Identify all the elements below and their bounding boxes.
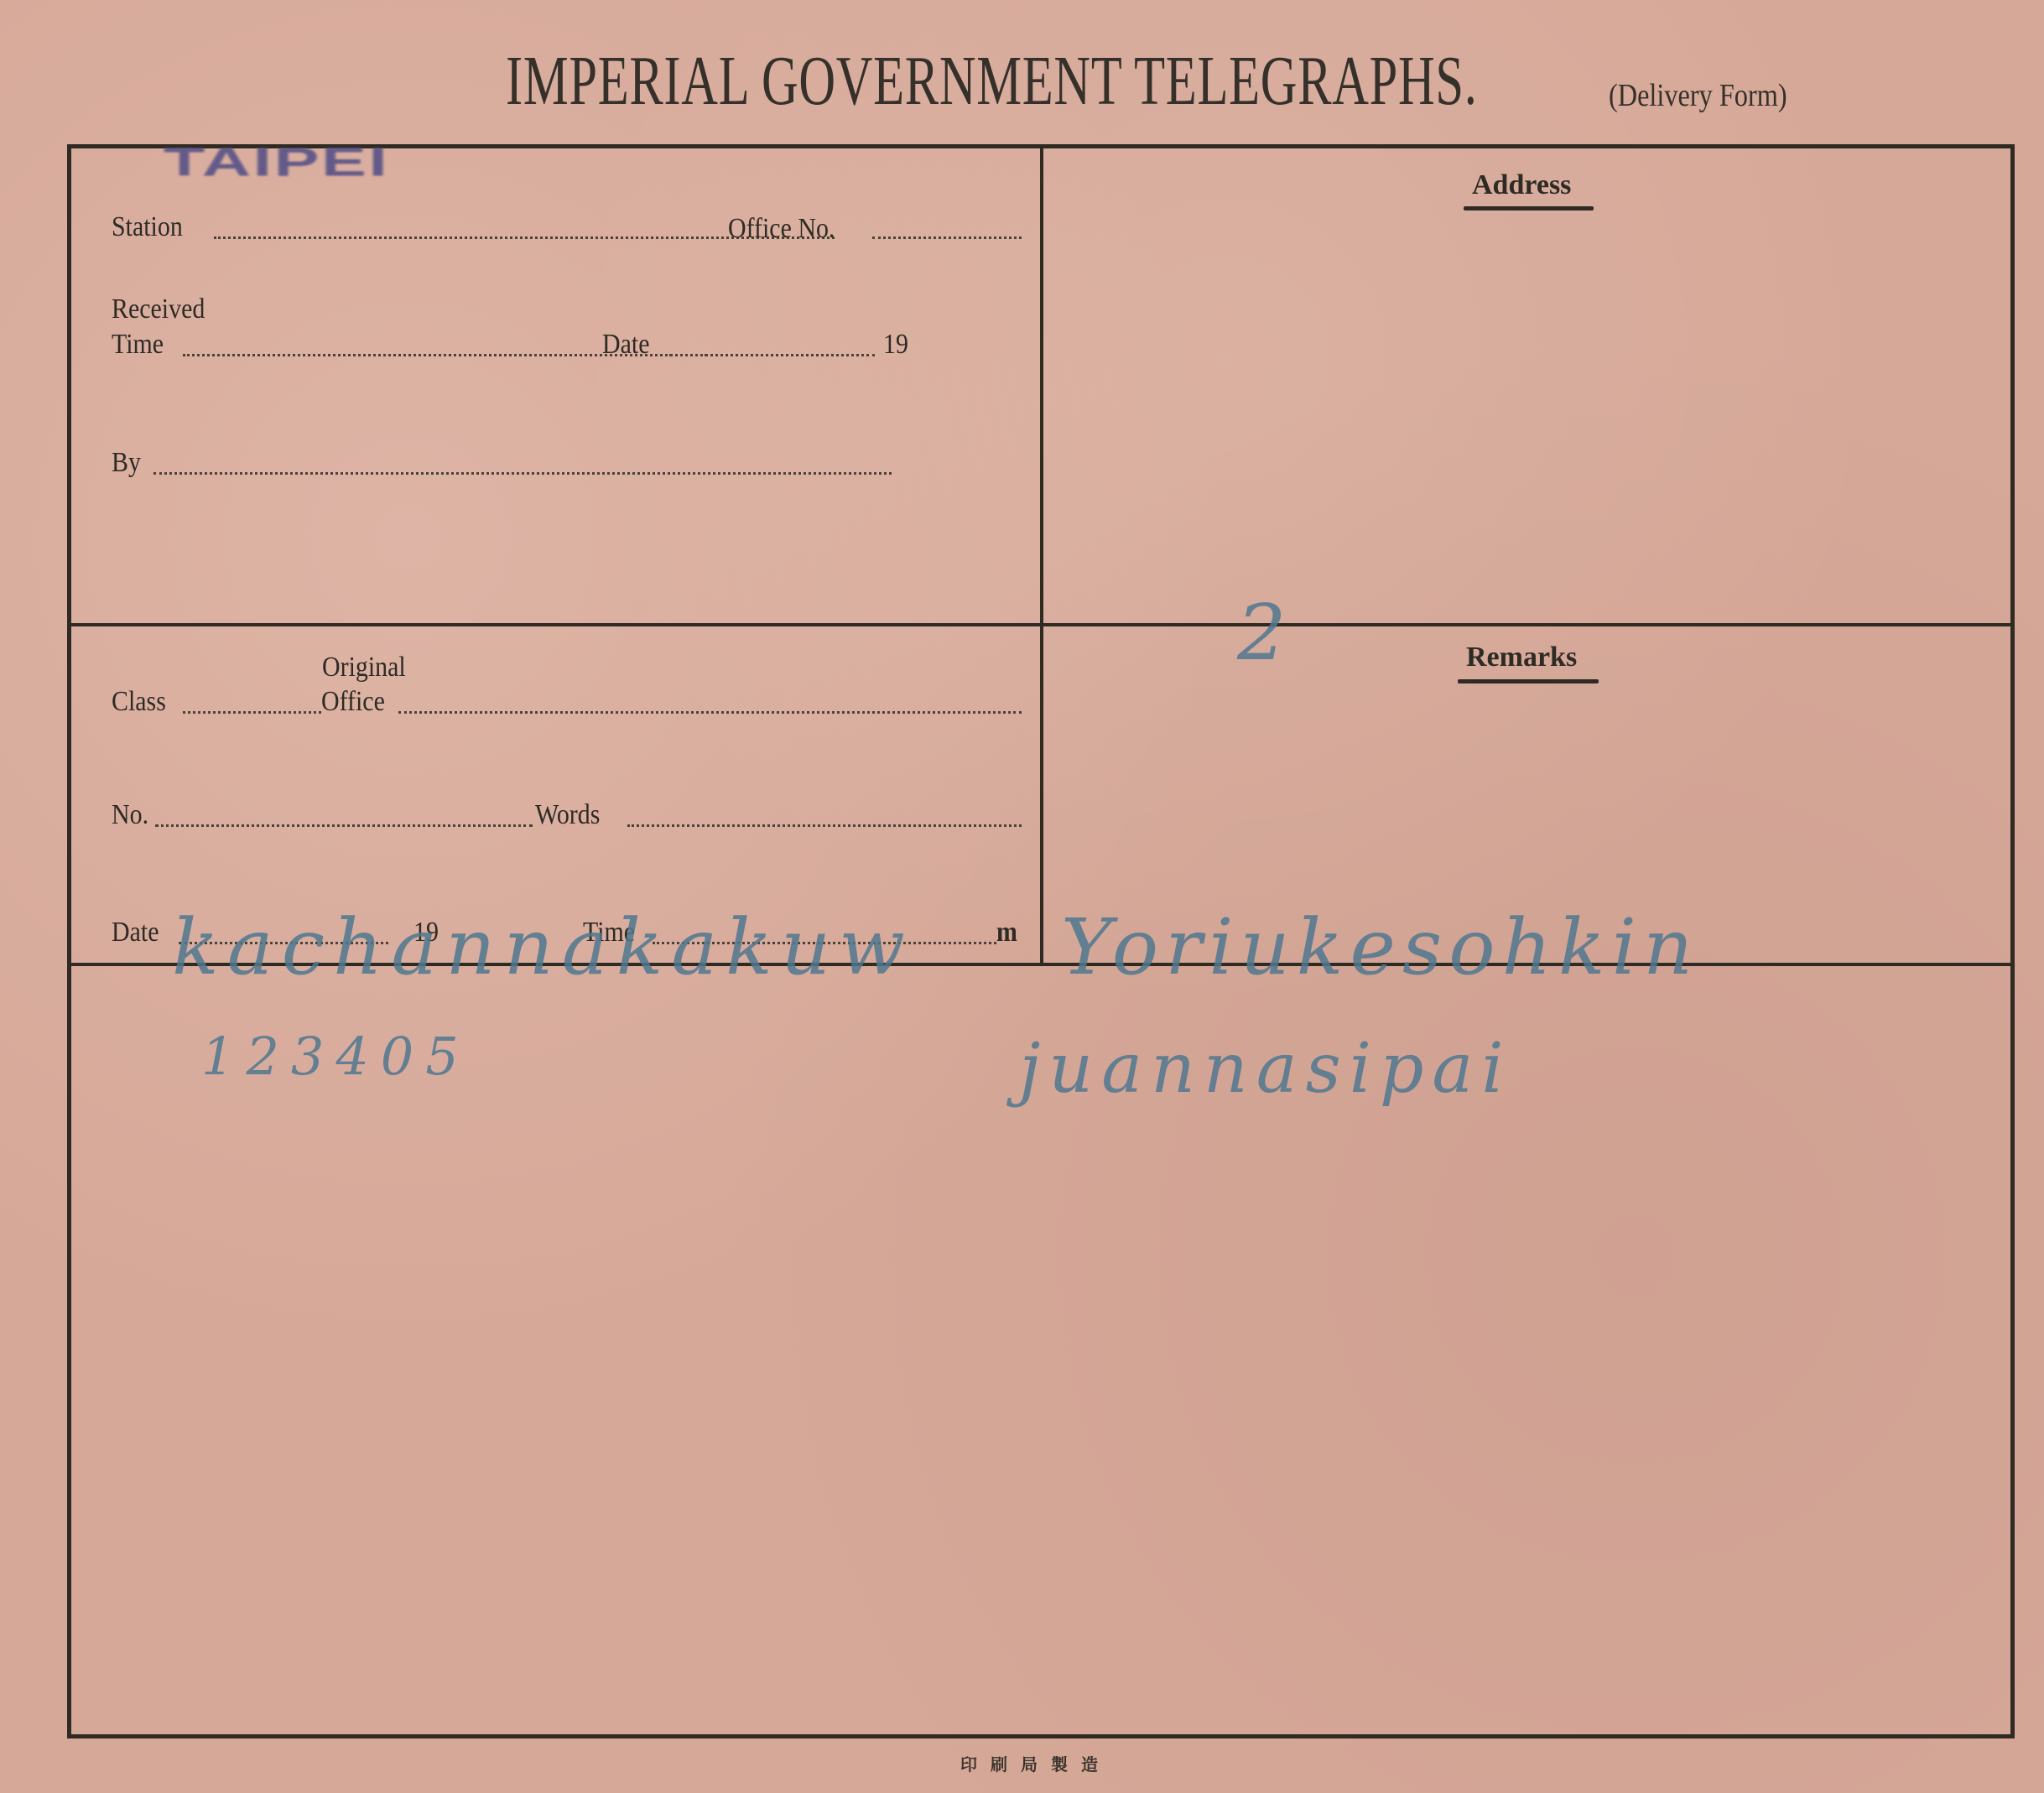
class-line [183, 711, 321, 714]
office-line [398, 711, 1022, 714]
no-words-field[interactable]: No. Words [112, 799, 1022, 837]
box-right-border [2010, 144, 2015, 1738]
time-label: Time [112, 329, 164, 361]
station-field[interactable]: Station Office No. [112, 211, 1022, 249]
words-label: Words [535, 799, 600, 831]
form-title: IMPERIAL GOVERNMENT TELEGRAPHS. [506, 44, 1478, 119]
station-stamp: TAIPEI [164, 139, 389, 185]
office-no-label: Office No. [728, 213, 835, 245]
no-label: No. [112, 799, 148, 831]
handwritten-line-4: juannasipai [1019, 1023, 1512, 1115]
handwritten-line-2: Yoriukesohkin [1061, 902, 1699, 994]
original-label: Original [322, 652, 406, 683]
by-label: By [112, 447, 141, 479]
remarks-underline [1458, 679, 1599, 683]
box-bottom-border [67, 1734, 2015, 1738]
address-heading: Address [1472, 169, 1571, 201]
words-line [627, 824, 1022, 827]
original-date-label: Date [112, 917, 159, 948]
box-left-border [67, 144, 71, 1738]
by-field[interactable]: By [112, 447, 892, 485]
column-divider [1040, 144, 1043, 964]
printer-mark: 印刷局製造 [960, 1751, 1111, 1775]
no-line [155, 824, 533, 827]
form-subtitle: (Delivery Form) [1609, 77, 1787, 114]
station-label: Station [112, 211, 183, 243]
address-field[interactable] [1048, 222, 2005, 616]
handwritten-remark-number: 2 [1237, 591, 1287, 675]
by-line [153, 472, 892, 475]
section-divider [67, 623, 2015, 626]
remarks-heading: Remarks [1466, 642, 1577, 673]
date-label: Date [602, 329, 649, 361]
date-line [669, 354, 875, 356]
office-label: Office [321, 686, 385, 718]
address-underline [1464, 206, 1594, 210]
class-office-field[interactable]: Class Office [112, 686, 1022, 724]
received-time-date-field[interactable]: Time Date 19 [112, 329, 917, 366]
office-no-line [872, 236, 1022, 239]
year-prefix: 19 [883, 329, 908, 361]
received-label: Received [112, 294, 205, 325]
time-suffix: m [996, 917, 1017, 948]
handwritten-line-3: 123405 [201, 1023, 471, 1090]
class-label: Class [112, 686, 166, 718]
handwritten-line-1: kachannakakuw [172, 902, 913, 994]
